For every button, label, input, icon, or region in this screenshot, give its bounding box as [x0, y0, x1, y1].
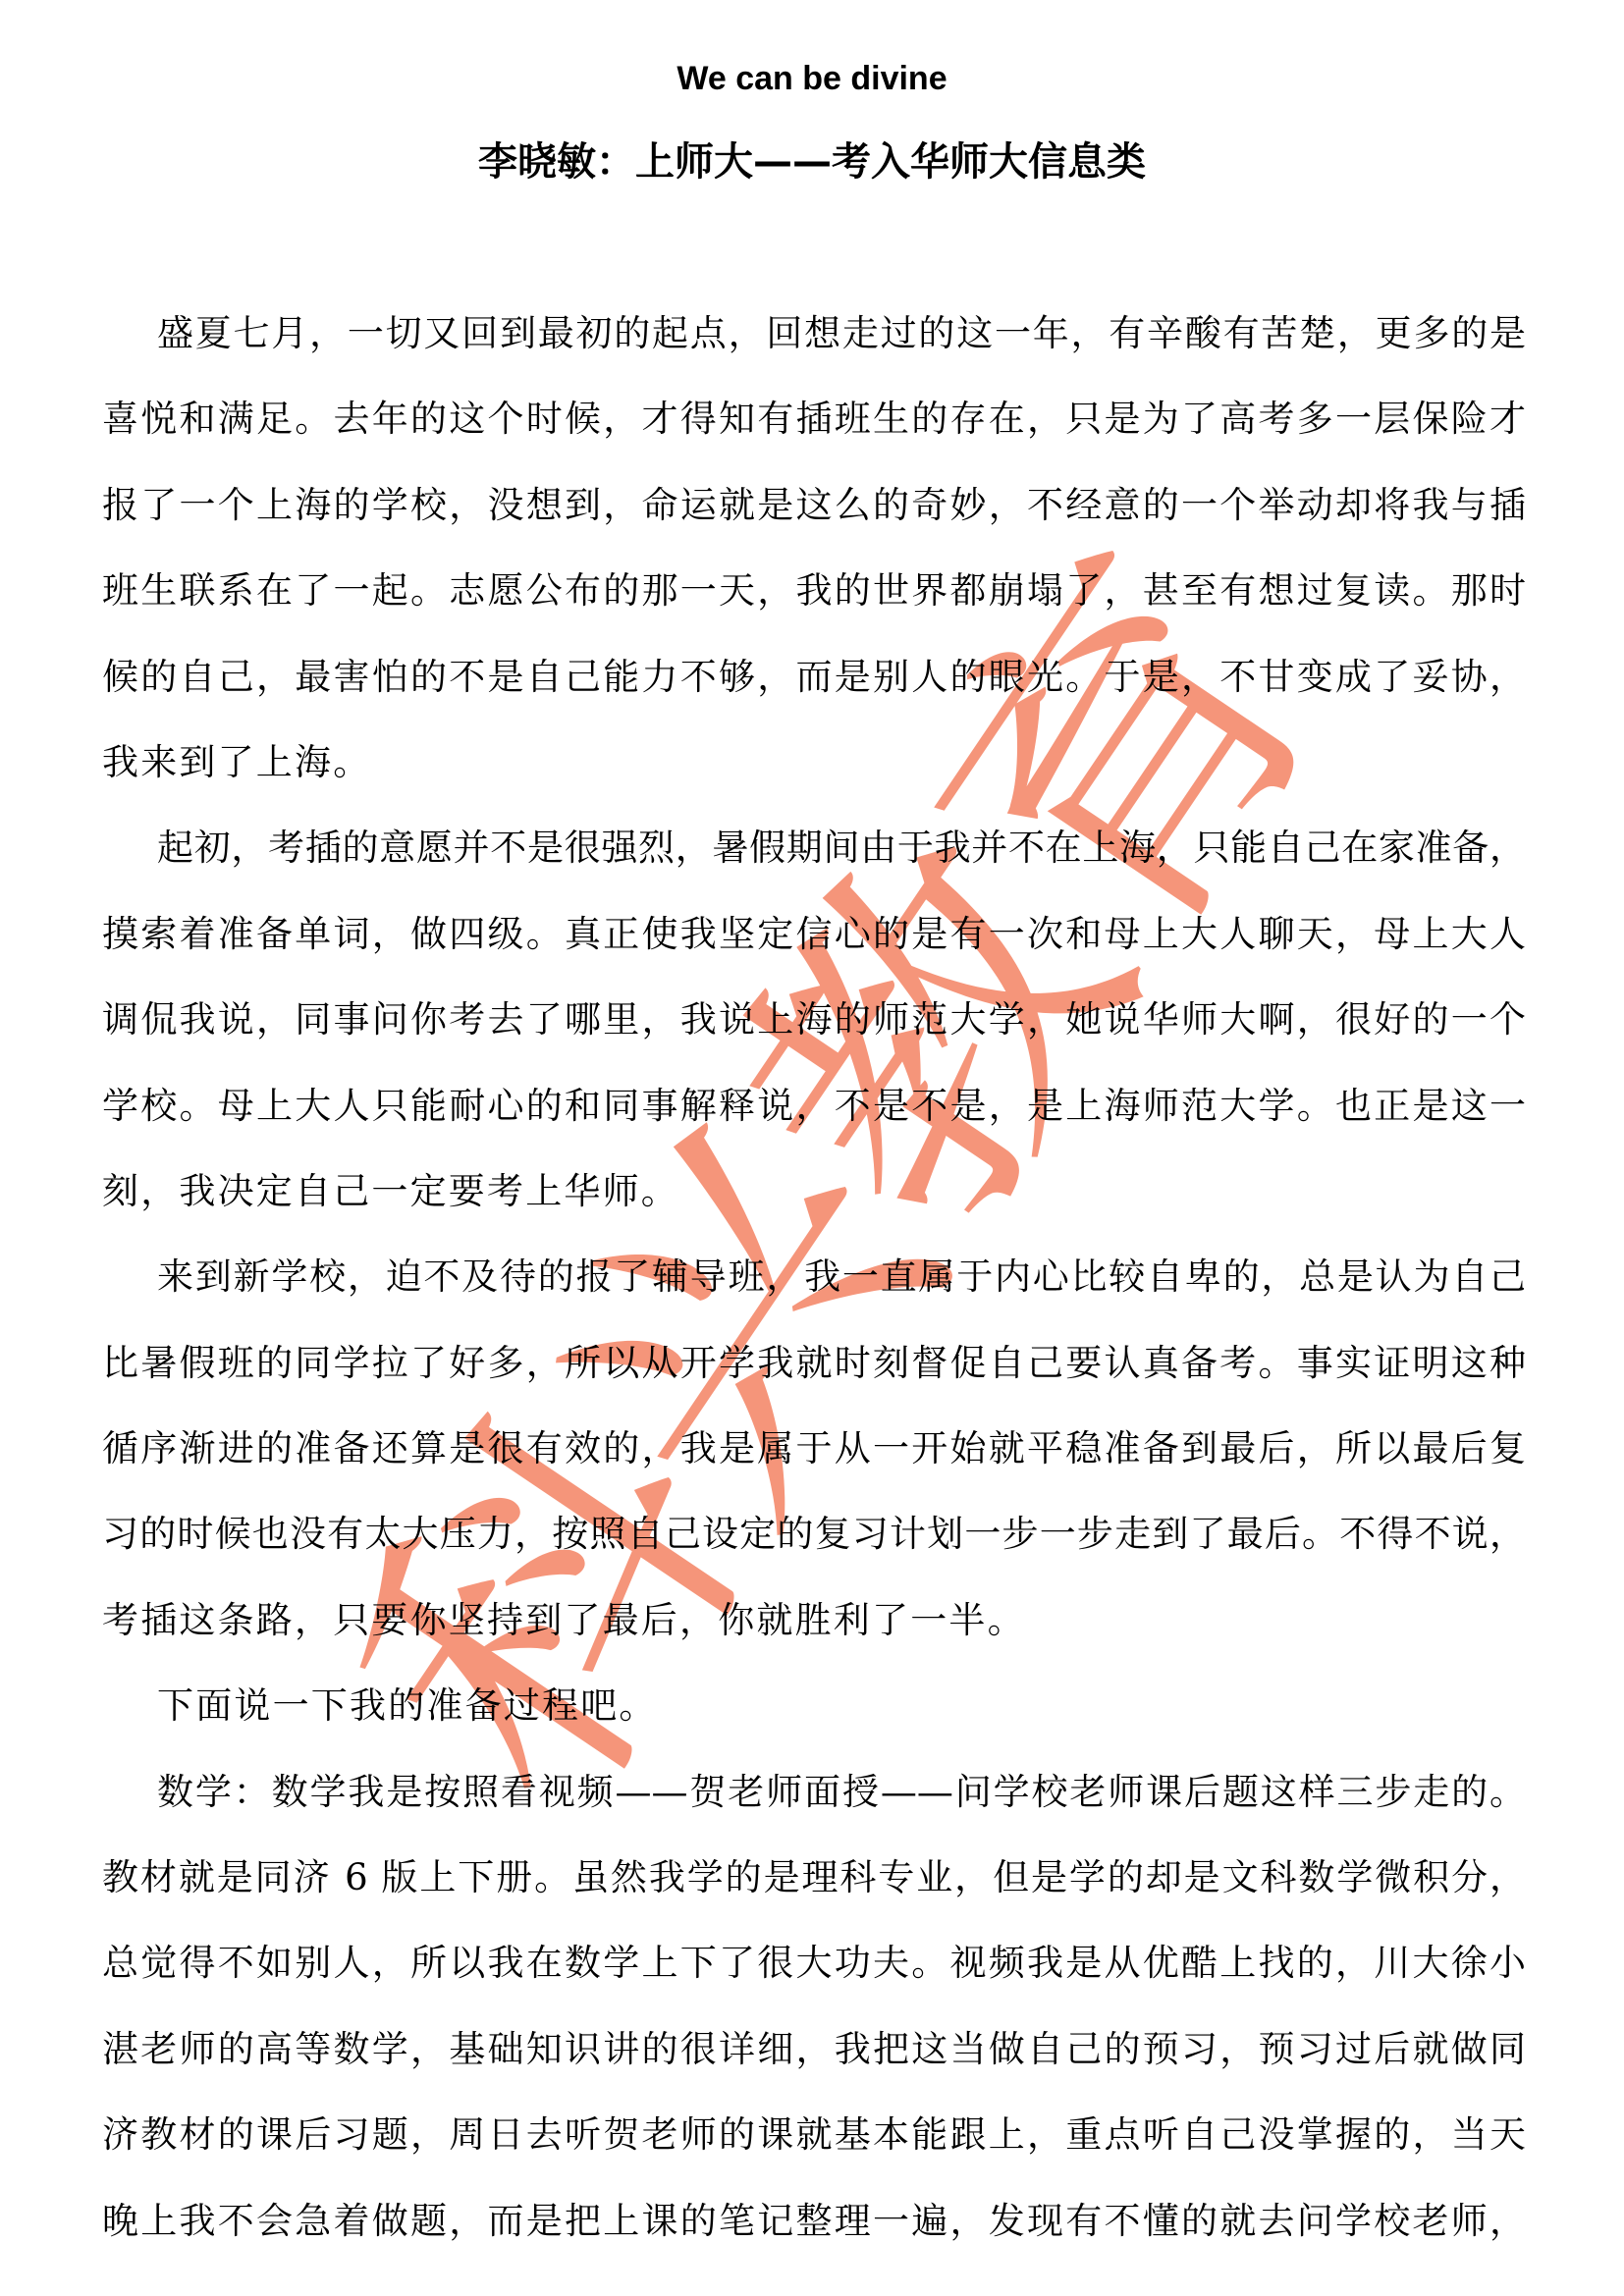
paragraph-3-line-1: 来到新学校，迫不及待的报了辅导班，我一直属于内心比较自卑的，总是认为自己: [102, 1234, 1526, 1319]
document-page: 科兴教育 We can be divine 李晓敏：上师大——考入华师大信息类 …: [0, 0, 1624, 2296]
paragraph-3-line-5: 考插这条路，只要你坚持到了最后，你就胜利了一半。: [102, 1577, 1526, 1663]
paragraph-2-line-3: 调侃我说，同事问你考去了哪里，我说上海的师范大学，她说华师大啊，很好的一个: [102, 977, 1526, 1062]
paragraph-5-line-2: 教材就是同济 6 版上下册。虽然我学的是理科专业，但是学的却是文科数学微积分，: [102, 1835, 1526, 1920]
paragraph-5-line-1: 数学：数学我是按照看视频——贺老师面授——问学校老师课后题这样三步走的。: [102, 1749, 1526, 1835]
paragraph-3-line-2: 比暑假班的同学拉了好多，所以从开学我就时刻督促自己要认真备考。事实证明这种: [102, 1320, 1526, 1406]
paragraph-2-line-4: 学校。母上大人只能耐心的和同事解释说，不是不是，是上海师范大学。也正是这一: [102, 1063, 1526, 1148]
paragraph-3-line-4: 习的时候也没有太大压力，按照自己设定的复习计划一步一步走到了最后。不得不说，: [102, 1491, 1526, 1576]
paragraph-1-line-4: 班生联系在了一起。志愿公布的那一天，我的世界都崩塌了，甚至有想过复读。那时: [102, 548, 1526, 633]
paragraph-2-line-1: 起初，考插的意愿并不是很强烈，暑假期间由于我并不在上海，只能自己在家准备，: [102, 805, 1526, 890]
paragraph-1-line-5: 候的自己，最害怕的不是自己能力不够，而是别人的眼光。于是，不甘变成了妥协，: [102, 634, 1526, 720]
paragraph-1-line-6: 我来到了上海。: [102, 720, 1526, 805]
document-body: 盛夏七月，一切又回到最初的起点，回想走过的这一年，有辛酸有苦楚，更多的是 喜悦和…: [102, 291, 1526, 2264]
paragraph-5-line-6: 晚上我不会急着做题，而是把上课的笔记整理一遍，发现有不懂的就去问学校老师，: [102, 2178, 1526, 2264]
paragraph-3-line-3: 循序渐进的准备还算是很有效的，我是属于从一开始就平稳准备到最后，所以最后复: [102, 1406, 1526, 1491]
paragraph-2-line-5: 刻，我决定自己一定要考上华师。: [102, 1148, 1526, 1234]
paragraph-5-line-4: 湛老师的高等数学，基础知识讲的很详细，我把这当做自己的预习，预习过后就做同: [102, 2006, 1526, 2092]
paragraph-5-line-5: 济教材的课后习题，周日去听贺老师的课就基本能跟上，重点听自己没掌握的，当天: [102, 2092, 1526, 2177]
paragraph-4-line-1: 下面说一下我的准备过程吧。: [102, 1663, 1526, 1748]
document-title: We can be divine: [0, 57, 1624, 100]
paragraph-1-line-3: 报了一个上海的学校，没想到，命运就是这么的奇妙，不经意的一个举动却将我与插: [102, 462, 1526, 548]
document-subtitle: 李晓敏：上师大——考入华师大信息类: [0, 137, 1624, 187]
paragraph-2-line-2: 摸索着准备单词，做四级。真正使我坚定信心的是有一次和母上大人聊天，母上大人: [102, 891, 1526, 977]
paragraph-1-line-1: 盛夏七月，一切又回到最初的起点，回想走过的这一年，有辛酸有苦楚，更多的是: [102, 291, 1526, 376]
paragraph-5-line-3: 总觉得不如别人，所以我在数学上下了很大功夫。视频我是从优酷上找的，川大徐小: [102, 1920, 1526, 2005]
paragraph-1-line-2: 喜悦和满足。去年的这个时候，才得知有插班生的存在，只是为了高考多一层保险才: [102, 376, 1526, 461]
